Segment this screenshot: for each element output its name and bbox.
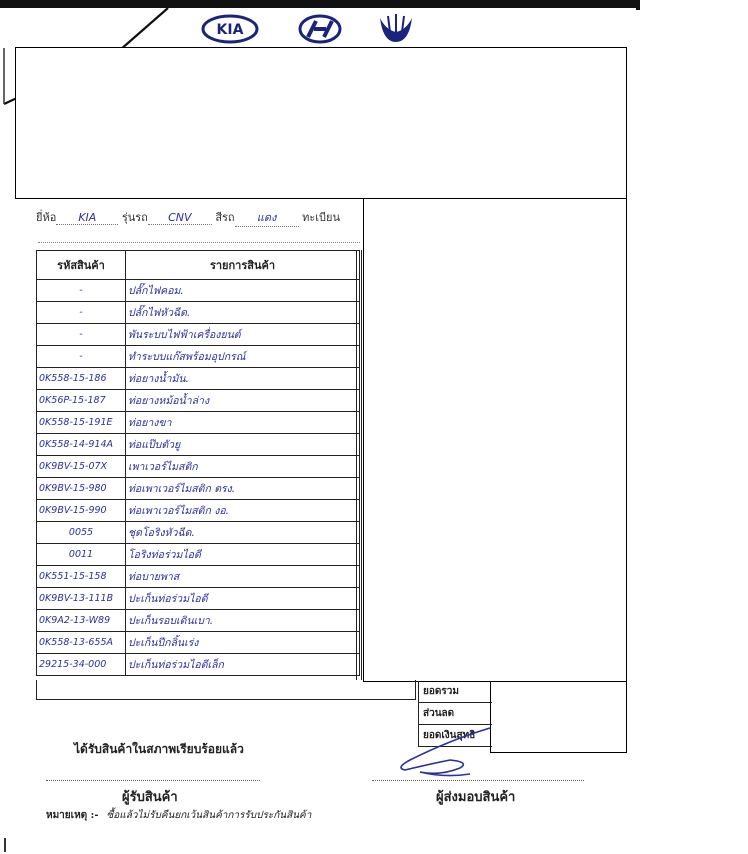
table-row: 0K56P-15-187ท่อยางหม้อน้ำล่าง [37, 390, 360, 412]
received-statement: ได้รับสินค้าในสภาพเรียบร้อยแล้ว [74, 740, 244, 759]
color-value: แดง [257, 211, 277, 224]
brand-value: KIA [78, 211, 96, 224]
kia-logo-icon: KIA [203, 16, 257, 42]
item-description: ปลั๊กไฟคอม. [126, 280, 360, 302]
dotted-line [38, 242, 360, 243]
vehicle-info: ยี่ห้อKIA รุ่นรถCNV สีรถแดง ทะเบียน [36, 208, 340, 227]
item-description: ปะเก็นปีกลิ้นเร่ง [126, 632, 360, 654]
note-label: หมายเหตุ :- [46, 810, 99, 821]
receiver-signature-line [46, 780, 260, 781]
column-header-code: รหัสสินค้า [37, 251, 126, 280]
brand-logos: KIA [200, 12, 430, 46]
item-code: 29215-34-000 [37, 654, 126, 676]
scan-edge [4, 838, 6, 852]
color-label: สีรถ [215, 211, 234, 224]
brand-label: ยี่ห้อ [36, 211, 56, 224]
item-description: ทำระบบแก๊สพร้อมอุปกรณ์ [126, 346, 360, 368]
table-row: 0K9BV-15-07Xเพาเวอร์ไมสติก [37, 456, 360, 478]
item-description: ปะเก็นรอบเดินเบา. [126, 610, 360, 632]
table-row: 0K558-15-186ท่อยางน้ำมัน. [37, 368, 360, 390]
item-description: ท่อแป๊บตัวยู [126, 434, 360, 456]
hyundai-logo-icon [300, 16, 340, 42]
item-description: พันระบบไฟฟ้าเครื่องยนต์ [126, 324, 360, 346]
note-text: ซื้อแล้วไม่รับคืนยกเว้นสินค้าการรับประกั… [107, 810, 312, 821]
redacted-totals-values [490, 681, 627, 753]
table-border [356, 250, 362, 680]
item-description: ปลั๊กไฟหัวฉีด. [126, 302, 360, 324]
table-row: 0K558-13-655Aปะเก็นปีกลิ้นเร่ง [37, 632, 360, 654]
item-code: 0055 [37, 522, 126, 544]
item-code: - [37, 346, 126, 368]
table-row: -ปลั๊กไฟหัวฉีด. [37, 302, 360, 324]
table-row: 0K9BV-15-980ท่อเพาเวอร์ไมสติก ตรง. [37, 478, 360, 500]
table-row: 0K9BV-15-990ท่อเพาเวอร์ไมสติก งอ. [37, 500, 360, 522]
item-code: 0K9BV-15-07X [37, 456, 126, 478]
table-row: 0K558-14-914Aท่อแป๊บตัวยู [37, 434, 360, 456]
item-code: 0K558-13-655A [37, 632, 126, 654]
item-code: 0K551-15-158 [37, 566, 126, 588]
subtotal-label: ยอดรวม [418, 681, 492, 703]
table-row: 29215-34-000ปะเก็นท่อร่วมไอดีเล็ก [37, 654, 360, 676]
note: หมายเหตุ :-ซื้อแล้วไม่รับคืนยกเว้นสินค้า… [46, 808, 311, 823]
sender-label: ผู้ส่งมอบสินค้า [436, 786, 515, 807]
redacted-region [15, 47, 627, 199]
item-code: 0K9BV-15-990 [37, 500, 126, 522]
item-code: 0K558-15-191E [37, 412, 126, 434]
table-row: -พันระบบไฟฟ้าเครื่องยนต์ [37, 324, 360, 346]
invoice-page: KIA ยี่ห้อKIA รุ่นรถCNV สีรถแดง ทะเบียน … [0, 0, 748, 854]
model-value: CNV [168, 211, 191, 224]
item-description: ท่อยางหม้อน้ำล่าง [126, 390, 360, 412]
item-code: 0K558-14-914A [37, 434, 126, 456]
model-label: รุ่นรถ [122, 211, 148, 224]
item-code: - [37, 302, 126, 324]
item-code: 0K9BV-15-980 [37, 478, 126, 500]
redacted-region [363, 198, 627, 682]
item-code: 0K56P-15-187 [37, 390, 126, 412]
item-code: 0K9A2-13-W89 [37, 610, 126, 632]
item-description: ท่อยางน้ำมัน. [126, 368, 360, 390]
signature-scribble [390, 720, 500, 780]
plate-label: ทะเบียน [302, 211, 340, 224]
table-row: -ปลั๊กไฟคอม. [37, 280, 360, 302]
item-description: ปะเก็นท่อร่วมไอดีเล็ก [126, 654, 360, 676]
table-row: -ทำระบบแก๊สพร้อมอุปกรณ์ [37, 346, 360, 368]
item-code: 0K558-15-186 [37, 368, 126, 390]
item-description: ท่อเพาเวอร์ไมสติก ตรง. [126, 478, 360, 500]
sender-signature-line [372, 780, 584, 781]
item-description: ปะเก็นท่อร่วมไอดี [126, 588, 360, 610]
item-code: 0K9BV-13-111B [37, 588, 126, 610]
table-footer-band [36, 680, 416, 700]
item-code: - [37, 324, 126, 346]
svg-text:KIA: KIA [217, 22, 244, 38]
item-code: - [37, 280, 126, 302]
table-row: 0K9A2-13-W89ปะเก็นรอบเดินเบา. [37, 610, 360, 632]
item-code: 0011 [37, 544, 126, 566]
item-description: โอริงท่อร่วมไอดี [126, 544, 360, 566]
item-description: เพาเวอร์ไมสติก [126, 456, 360, 478]
table-row: 0K558-15-191Eท่อยางขา [37, 412, 360, 434]
item-description: ท่อบายพาส [126, 566, 360, 588]
item-description: ชุดโอริงหัวฉีด. [126, 522, 360, 544]
column-header-description: รายการสินค้า [126, 251, 360, 280]
item-description: ท่อเพาเวอร์ไมสติก งอ. [126, 500, 360, 522]
daewoo-logo-icon [380, 14, 412, 42]
table-row: 0011โอริงท่อร่วมไอดี [37, 544, 360, 566]
items-table: รหัสสินค้า รายการสินค้า -ปลั๊กไฟคอม.-ปลั… [36, 250, 360, 676]
table-row: 0K9BV-13-111Bปะเก็นท่อร่วมไอดี [37, 588, 360, 610]
table-row: 0055ชุดโอริงหัวฉีด. [37, 522, 360, 544]
receiver-label: ผู้รับสินค้า [122, 786, 178, 807]
item-description: ท่อยางขา [126, 412, 360, 434]
table-row: 0K551-15-158ท่อบายพาส [37, 566, 360, 588]
